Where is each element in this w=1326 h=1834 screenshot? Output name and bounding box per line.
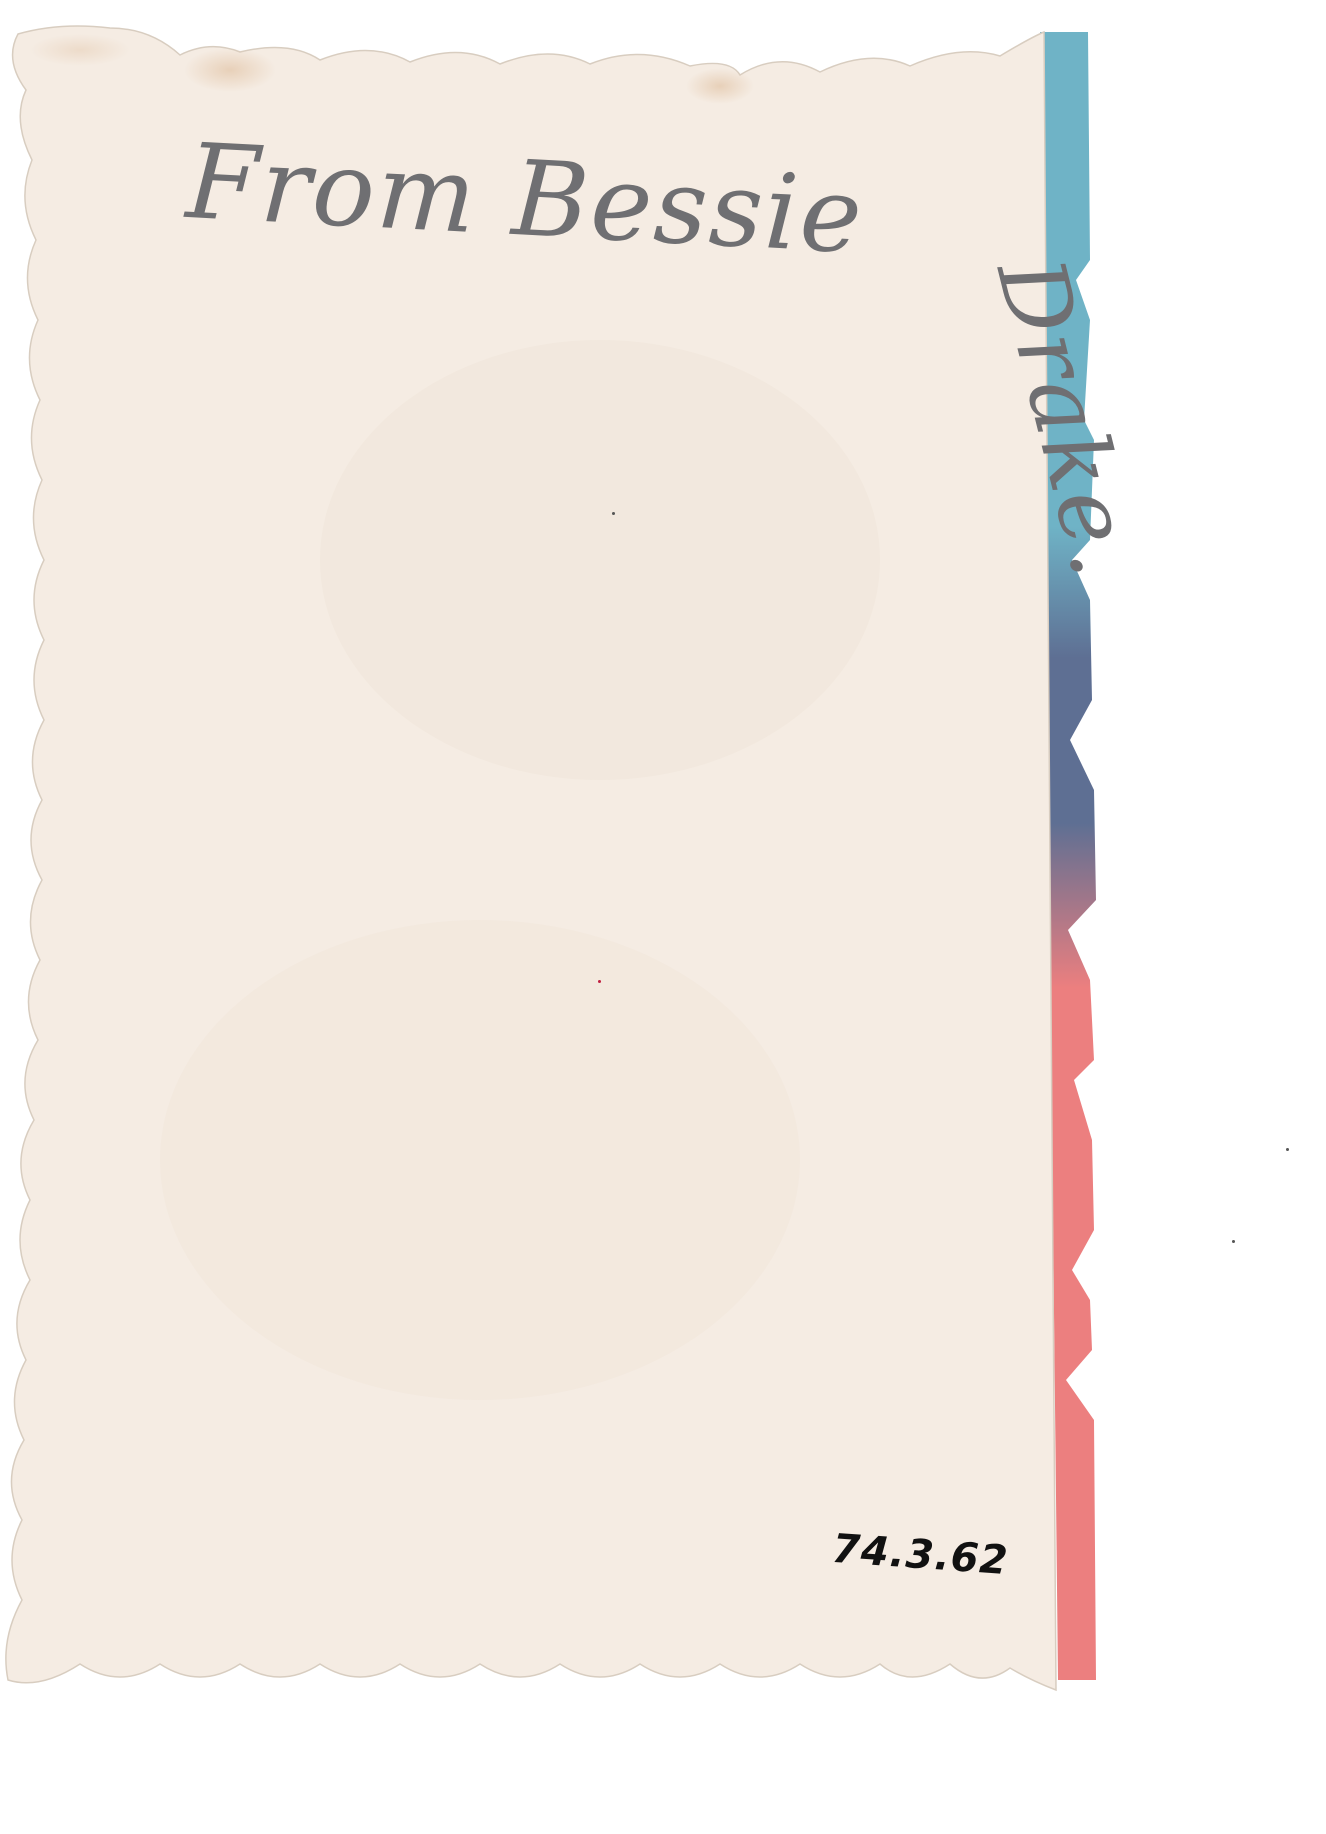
speck xyxy=(598,980,601,983)
card xyxy=(0,0,1326,1834)
speck xyxy=(1286,1148,1289,1151)
speck xyxy=(1232,1240,1235,1243)
speck xyxy=(612,512,615,515)
card-body xyxy=(6,26,1056,1690)
